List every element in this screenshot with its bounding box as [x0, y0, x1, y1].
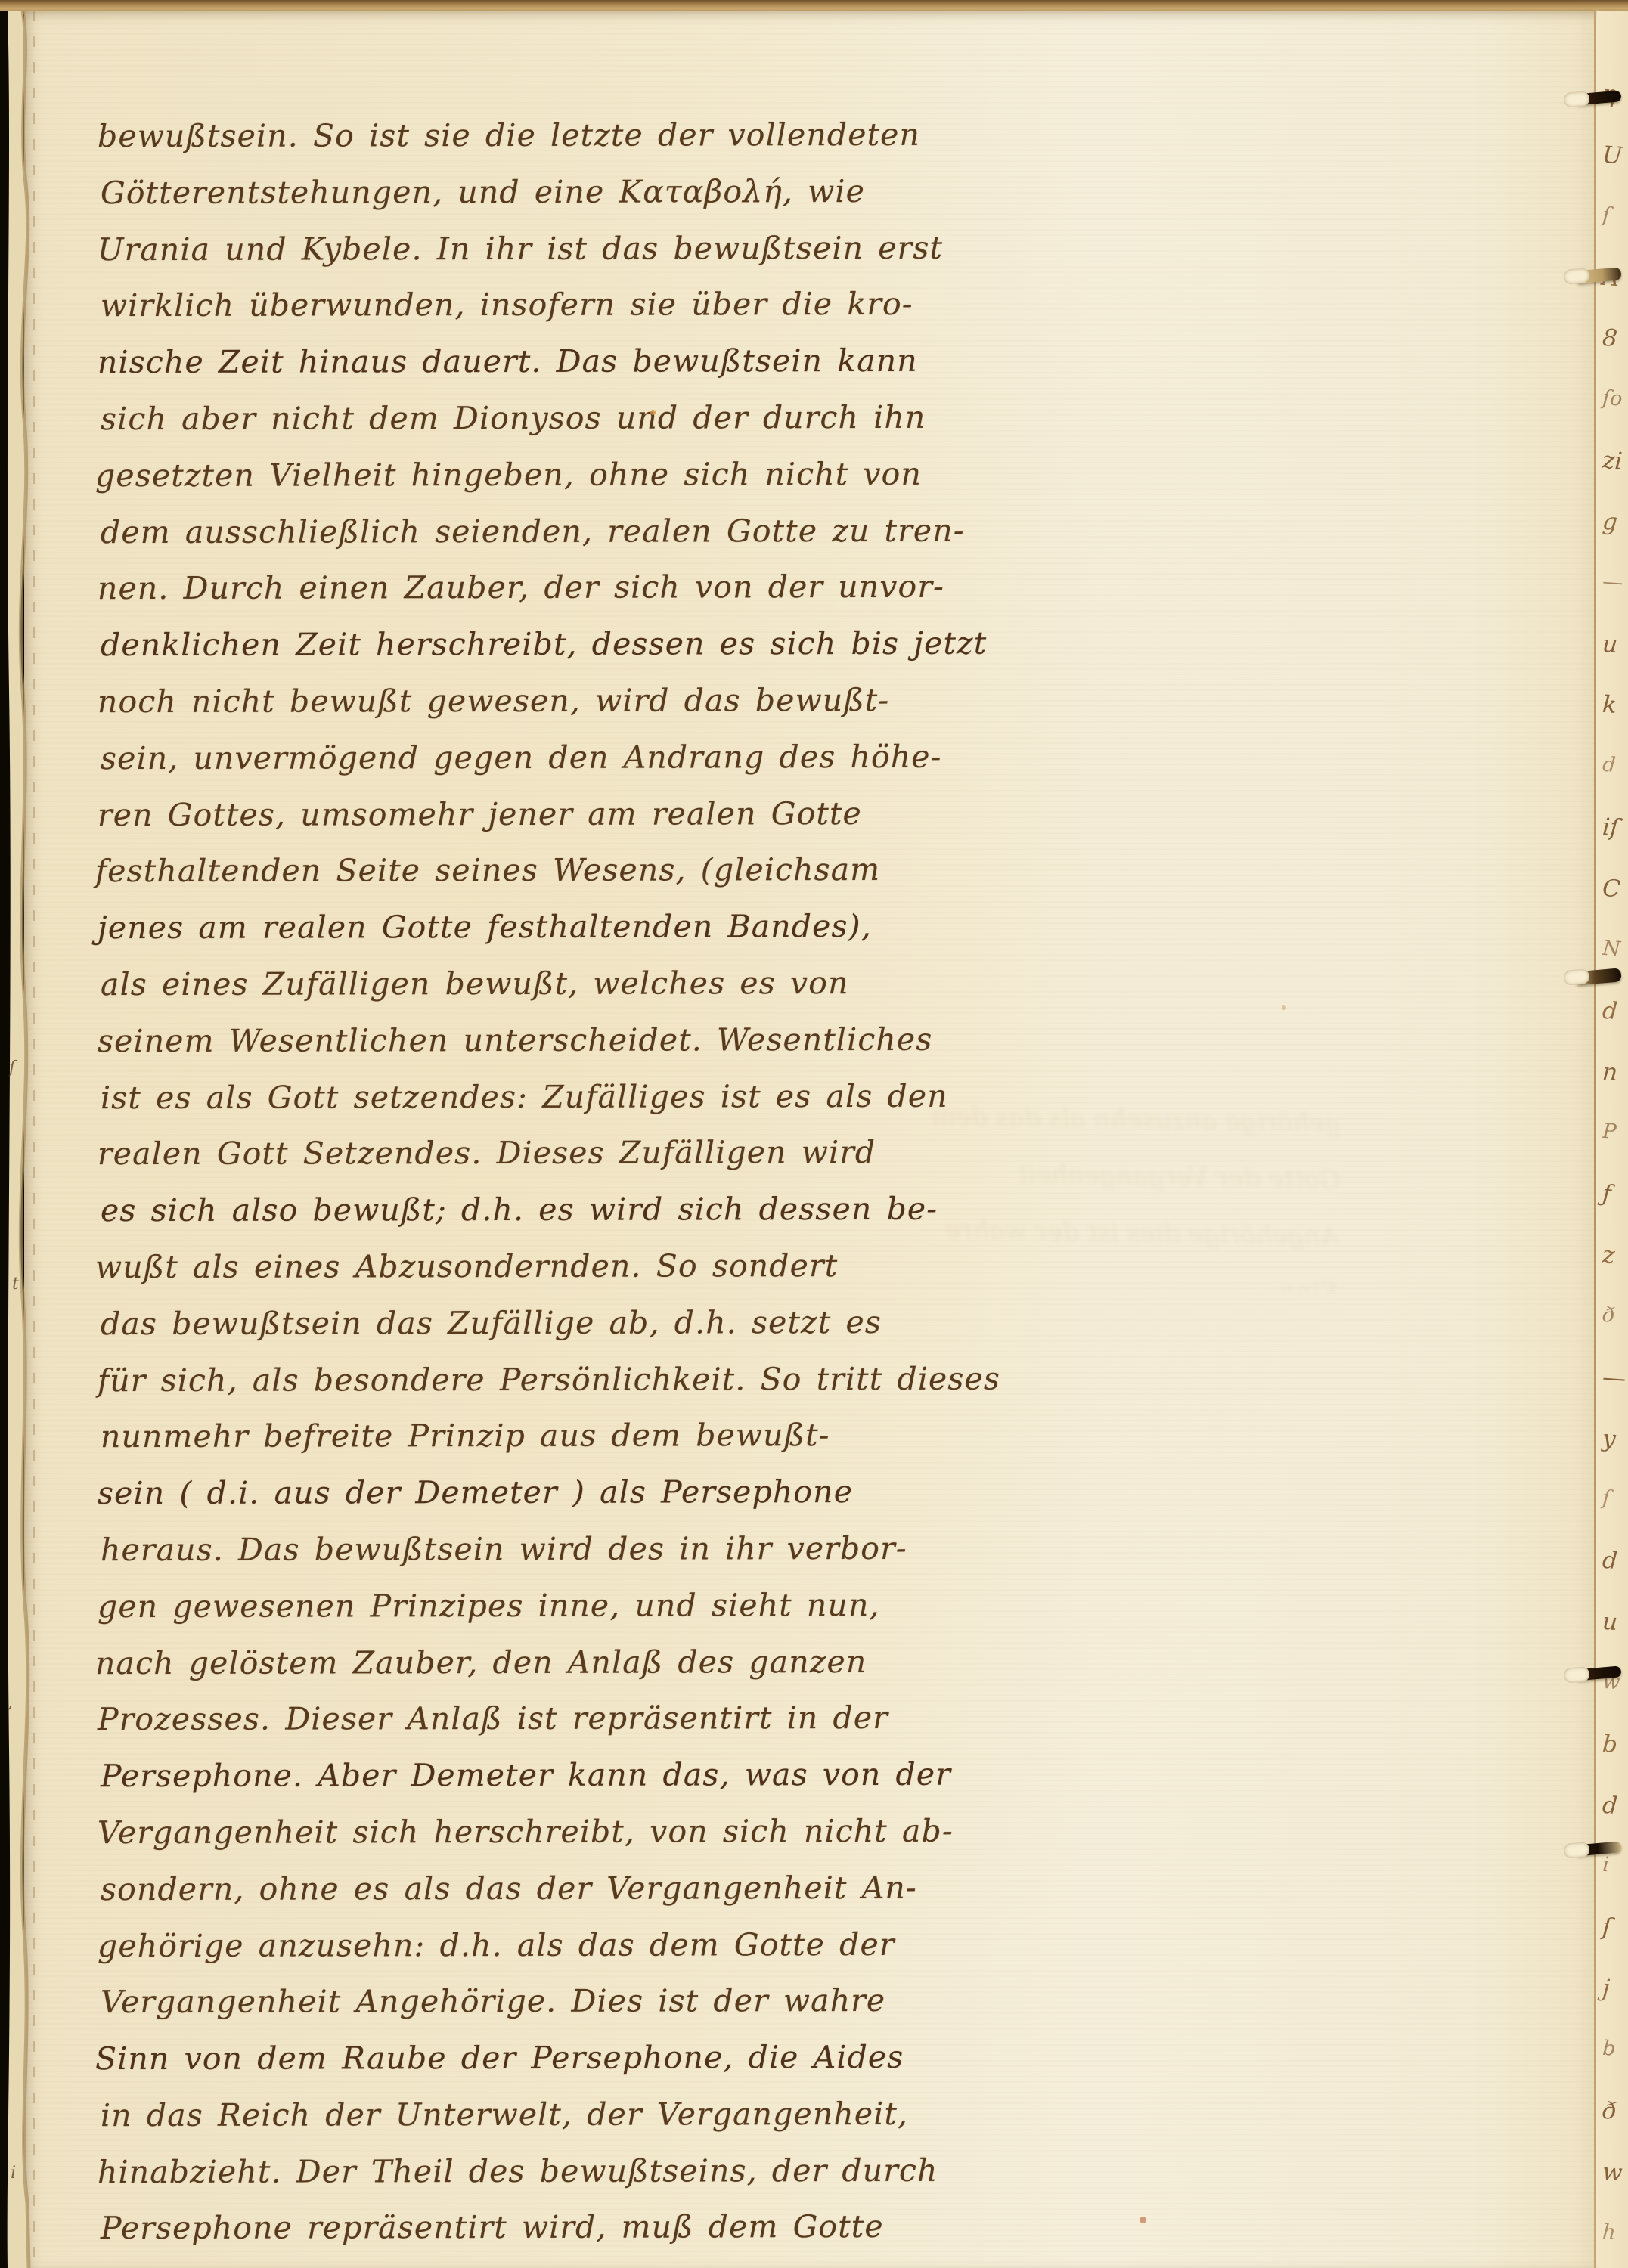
- manuscript-line: für sich, als besondere Persönlichkeit. …: [98, 1350, 899, 1408]
- facing-text-fragment: ƒ: [1602, 1182, 1628, 1210]
- facing-text-fragment: z: [1602, 1244, 1628, 1271]
- fox-spot: [1282, 1005, 1286, 1010]
- manuscript-line: gehörige anzusehn: d.h. als das dem Gott…: [98, 1916, 899, 1974]
- manuscript-line: realen Gott Setzendes. Dieses Zufälligen…: [98, 1124, 899, 1182]
- facing-text-fragment: ſ: [1602, 1916, 1628, 1943]
- facing-text-fragment: zi: [1602, 449, 1628, 476]
- facing-text-fragment: i: [1602, 1854, 1628, 1882]
- facing-text-fragment: u: [1602, 632, 1628, 659]
- manuscript-line: Persephone repräsentirt wird, muß dem Go…: [101, 2198, 899, 2257]
- stub-ink-fragment: i: [11, 2164, 16, 2183]
- facing-text-fragment: h: [1602, 2221, 1628, 2248]
- manuscript-line: nunmehr befreite Prinzip aus dem bewußt-: [101, 1407, 899, 1465]
- manuscript-line: sein, unvermögend gegen den Andrang des …: [101, 729, 899, 787]
- manuscript-line: Prozesses. Dieser Anlaß ist repräsentirt…: [98, 1690, 899, 1748]
- manuscript-line: nen. Durch einen Zauber, der sich von de…: [98, 559, 899, 617]
- manuscript-line: bewußtsein. So ist sie die letzte der vo…: [98, 107, 899, 165]
- manuscript-line: noch nicht bewußt gewesen, wird das bewu…: [98, 672, 899, 730]
- facing-text-fragment: d: [1602, 999, 1628, 1027]
- manuscript-line: nach gelöstem Zauber, den Anlaß des ganz…: [95, 1633, 899, 1691]
- manuscript-line: dem ausschließlich seienden, realen Gott…: [101, 502, 899, 560]
- manuscript-line: es sich also bewußt; d.h. es wird sich d…: [101, 1181, 899, 1239]
- manuscript-line: Persephone. Aber Demeter kann das, was v…: [101, 1746, 899, 1805]
- manuscript-line: Vergangenheit Angehörige. Dies ist der w…: [101, 1972, 899, 2031]
- manuscript-line: ist es als Gott setzendes: Zufälliges is…: [101, 1067, 899, 1126]
- facing-text-fragment: U: [1602, 144, 1628, 171]
- facing-text-fragment: g: [1602, 510, 1628, 538]
- manuscript-line: gen gewesenen Prinzipes inne, und sieht …: [98, 1577, 899, 1635]
- facing-page-strip: ηUſA8ſozig—ukdiſCNdnPƒzð—yſduwbdiſjbðwh: [1597, 11, 1628, 2268]
- page-fold-crease: [33, 11, 35, 2268]
- ink-speck: [650, 410, 656, 415]
- manuscript-line: hinabzieht. Der Theil des bewußtseins, d…: [98, 2143, 899, 2201]
- facing-text-fragment: k: [1602, 693, 1628, 720]
- stub-ink-fragment: ſ: [9, 1058, 15, 1077]
- manuscript-line: nische Zeit hinaus dauert. Das bewußtsei…: [98, 333, 899, 391]
- manuscript-line: sich aber nicht dem Dionysos und der dur…: [101, 389, 899, 448]
- ink-speck: [1140, 2217, 1146, 2223]
- facing-text-fragment: P: [1602, 1121, 1628, 1148]
- deckle-torn-edge: [0, 11, 56, 2268]
- facing-text-fragment: y: [1602, 1427, 1628, 1454]
- manuscript-line: wußt als eines Abzusondernden. So sonder…: [95, 1238, 899, 1296]
- manuscript-line: seinem Wesentlichen unterscheidet. Wesen…: [98, 1012, 899, 1070]
- manuscript-line: Götterentstehungen, und eine Καταβολή, w…: [101, 163, 899, 222]
- facing-text-fragment: b: [1602, 1733, 1628, 1760]
- manuscript-line: sondern, ohne es als das der Vergangenhe…: [101, 1860, 899, 1918]
- manuscript-line: sein ( d.i. aus der Demeter ) als Persep…: [98, 1464, 899, 1522]
- gutter-fold-line: [1594, 11, 1596, 2268]
- manuscript-line: Sinn von dem Raube der Persephone, die A…: [95, 2029, 899, 2087]
- manuscript-line: das bewußtsein das Zufällige ab, d.h. se…: [101, 1294, 899, 1352]
- stub-ink-fragment: ,: [8, 1693, 13, 1712]
- facing-text-fragment: —: [1602, 572, 1628, 599]
- facing-text-fragment: ð: [1602, 2099, 1628, 2127]
- facing-text-fragment: d: [1602, 754, 1628, 782]
- manuscript-photo: gehörige anzusehn als das dem Gotte der …: [0, 0, 1628, 2268]
- facing-text-fragment: —: [1602, 1366, 1628, 1393]
- manuscript-line: denklichen Zeit herschreibt, dessen es s…: [101, 615, 899, 674]
- facing-text-fragment: d: [1602, 1549, 1628, 1576]
- facing-text-fragment: ſ: [1602, 1488, 1628, 1515]
- facing-text-fragment: u: [1602, 1610, 1628, 1637]
- facing-text-fragment: ð: [1602, 1305, 1628, 1332]
- facing-text-fragment: ſ: [1602, 205, 1628, 232]
- facing-text-fragment: N: [1602, 938, 1628, 965]
- facing-text-fragment: 8: [1602, 327, 1628, 354]
- manuscript-line: festhaltenden Seite seines Wesens, (glei…: [95, 841, 899, 900]
- facing-text-fragment: iſ: [1602, 816, 1628, 843]
- facing-text-fragment: b: [1602, 2038, 1628, 2065]
- facing-text-fragment: n: [1602, 1060, 1628, 1087]
- manuscript-line: ren Gottes, umsomehr jener am realen Got…: [98, 785, 899, 843]
- manuscript-line: Urania und Kybele. In ihr ist das bewußt…: [98, 219, 899, 277]
- manuscript-line: jenes am realen Gotte festhaltenden Band…: [98, 898, 899, 956]
- facing-text-fragment: ſo: [1602, 388, 1628, 415]
- facing-text-fragment: C: [1602, 877, 1628, 904]
- facing-text-fragment: d: [1602, 1793, 1628, 1820]
- manuscript-line: gesetzten Vielheit hingeben, ohne sich n…: [95, 446, 899, 504]
- manuscript-line: Vergangenheit sich herschreibt, von sich…: [98, 1803, 899, 1861]
- stub-ink-fragment: t: [12, 1275, 19, 1294]
- verso-showthrough: gehörige anzusehn als das dem Gotte der …: [915, 1088, 1341, 1292]
- manuscript-line: heraus. Das bewußtsein wird des in ihr v…: [101, 1520, 899, 1579]
- manuscript-page: gehörige anzusehn als das dem Gotte der …: [24, 11, 1597, 2268]
- facing-text-fragment: j: [1602, 1977, 1628, 2004]
- facing-text-fragment: w: [1602, 2161, 1628, 2188]
- manuscript-line: als eines Zufälligen bewußt, welches es …: [101, 955, 899, 1013]
- handwritten-text-block: bewußtsein. So ist sie die letzte der vo…: [98, 107, 899, 2256]
- manuscript-line: wirklich überwunden, insofern sie über d…: [101, 276, 899, 334]
- manuscript-line: in das Reich der Unterwelt, der Vergange…: [101, 2086, 899, 2144]
